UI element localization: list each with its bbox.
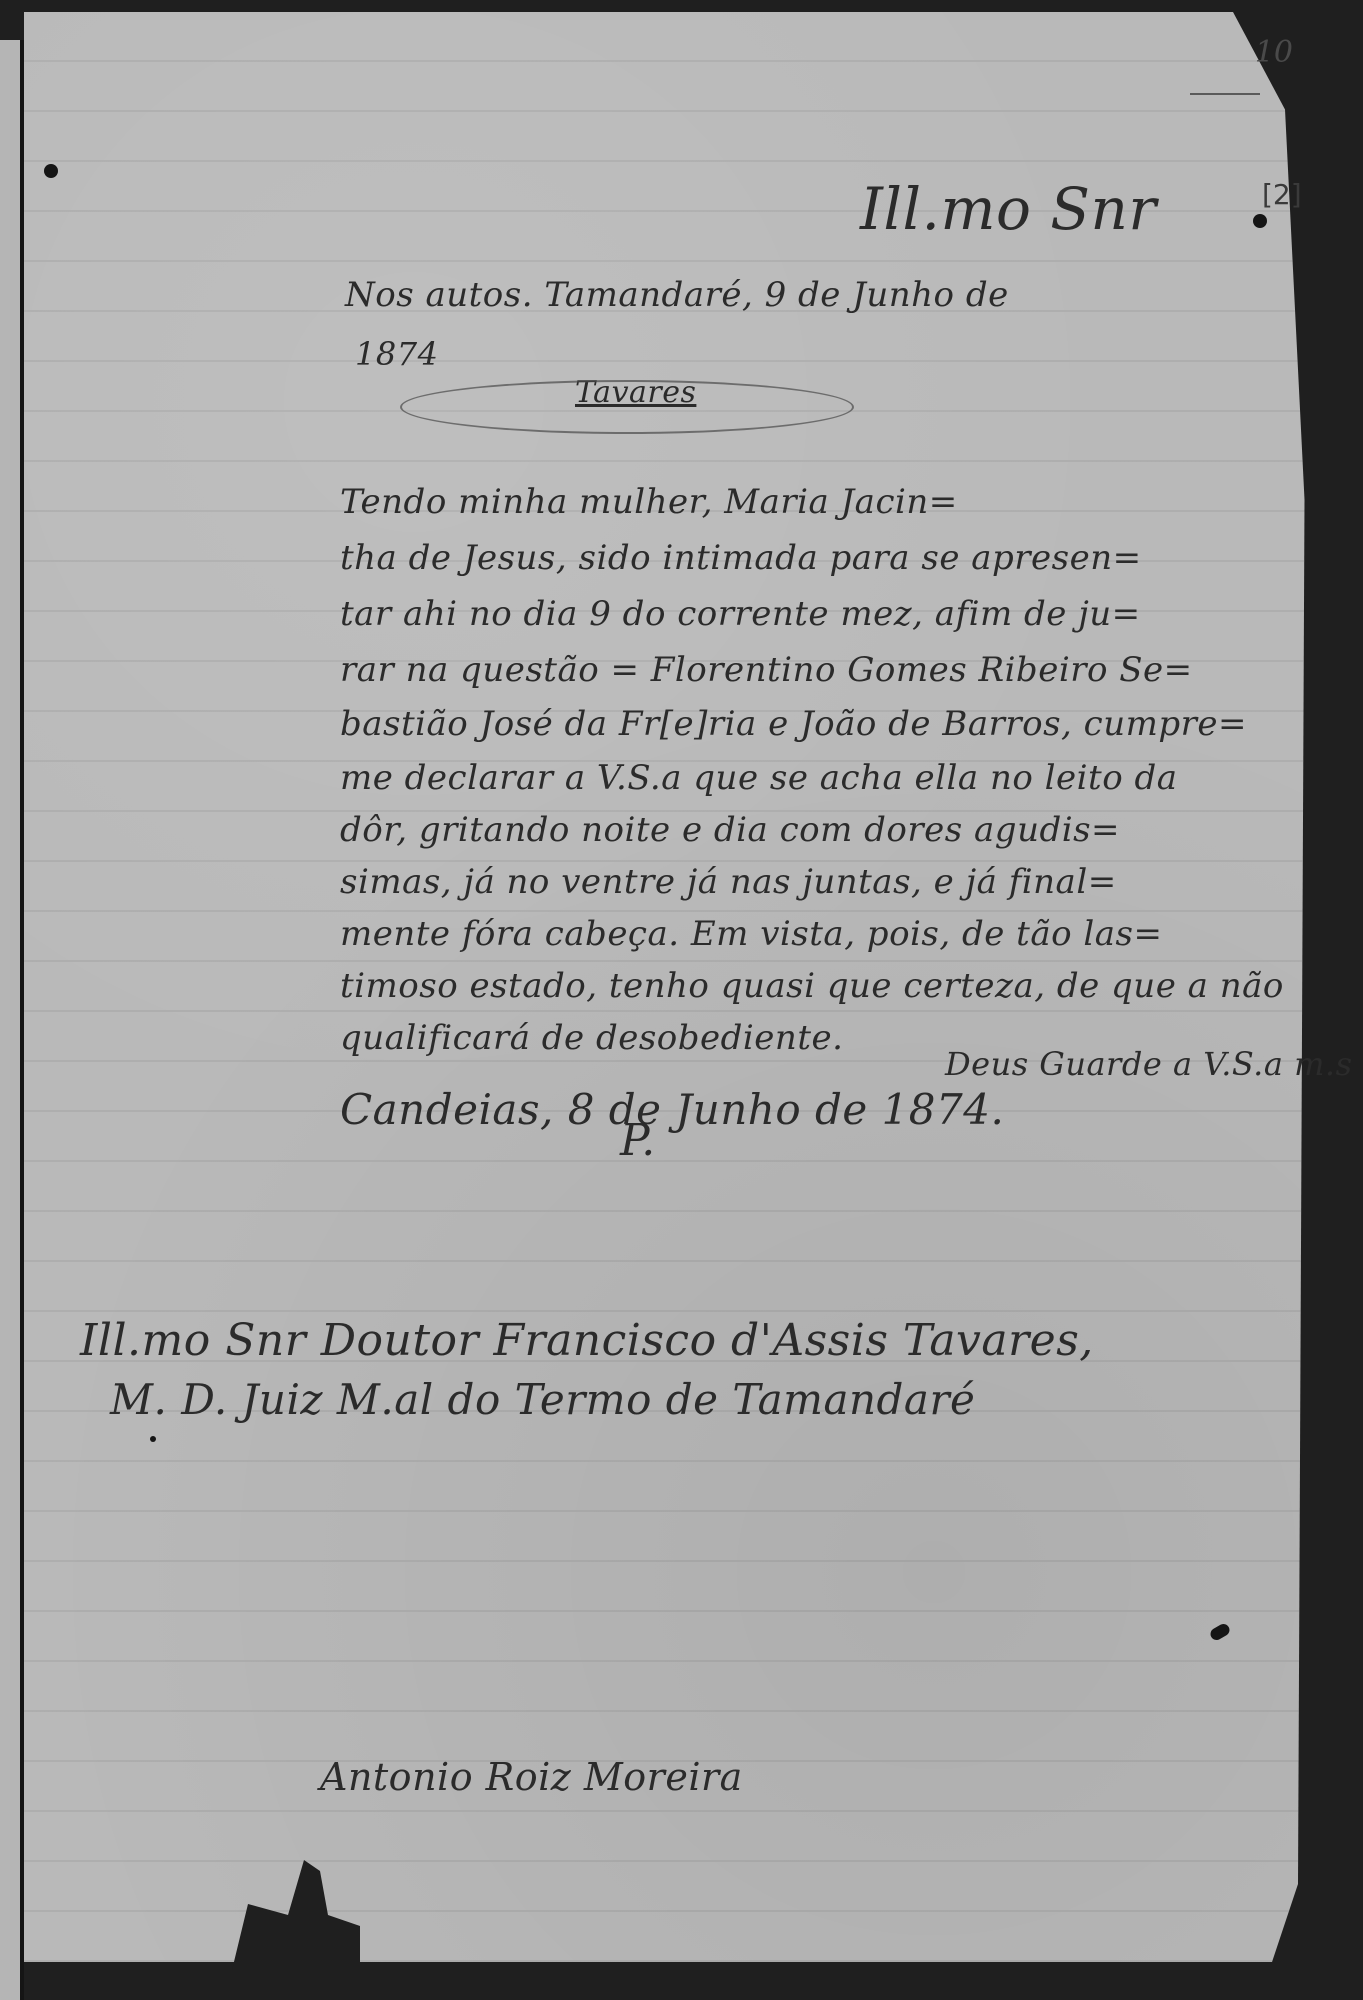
body-line: me declarar a V.S.a que se acha ella no …	[340, 758, 1178, 798]
decorative-flourish	[400, 380, 854, 434]
body-line: bastião José da Fr[e]ria e João de Barro…	[340, 704, 1247, 744]
scanned-document-background: 10 [2] Ill.mo Snr Nos autos. Tamandaré, …	[0, 0, 1363, 2000]
body-line: rar na questão = Florentino Gomes Ribeir…	[340, 650, 1193, 690]
addressee-line-2: M. D. Juiz M.al do Termo de Tamandaré	[110, 1375, 975, 1424]
bracket-page-number: [2]	[1262, 178, 1302, 211]
body-line: Tendo minha mulher, Maria Jacin=	[340, 482, 958, 522]
body-line: mente fóra cabeça. Em vista, pois, de tã…	[340, 914, 1162, 954]
place-and-date: Candeias, 8 de Junho de 1874.	[340, 1085, 1004, 1134]
ink-spot	[150, 1436, 156, 1442]
body-line: tar ahi no dia 9 do corrente mez, afim d…	[340, 594, 1141, 634]
despacho-line-2: 1874	[355, 335, 438, 373]
body-line: tha de Jesus, sido intimada para se apre…	[340, 538, 1142, 578]
body-line: dôr, gritando noite e dia com dores agud…	[340, 810, 1120, 850]
body-line: qualificará de desobediente.	[340, 1018, 843, 1058]
despacho-line-1: Nos autos. Tamandaré, 9 de Junho de	[345, 275, 1009, 315]
body-line: timoso estado, tenho quasi que certeza, …	[340, 966, 1284, 1006]
body-line: simas, já no ventre já nas juntas, e já …	[340, 862, 1117, 902]
binding-hole	[1253, 214, 1267, 228]
addressee-line-1: Ill.mo Snr Doutor Francisco d'Assis Tava…	[80, 1315, 1094, 1366]
salutation: Ill.mo Snr	[860, 175, 1157, 243]
paragraph-mark: P.	[620, 1115, 656, 1166]
adjacent-page-edge	[0, 40, 22, 2000]
archive-underline	[1190, 93, 1260, 95]
binding-hole	[44, 164, 58, 178]
author-signature: Antonio Roiz Moreira	[320, 1755, 743, 1799]
archive-folio-number: 10	[1255, 35, 1293, 70]
binding-line	[20, 40, 24, 2000]
closing-formula: Deus Guarde a V.S.a m.s an.s	[945, 1045, 1363, 1083]
